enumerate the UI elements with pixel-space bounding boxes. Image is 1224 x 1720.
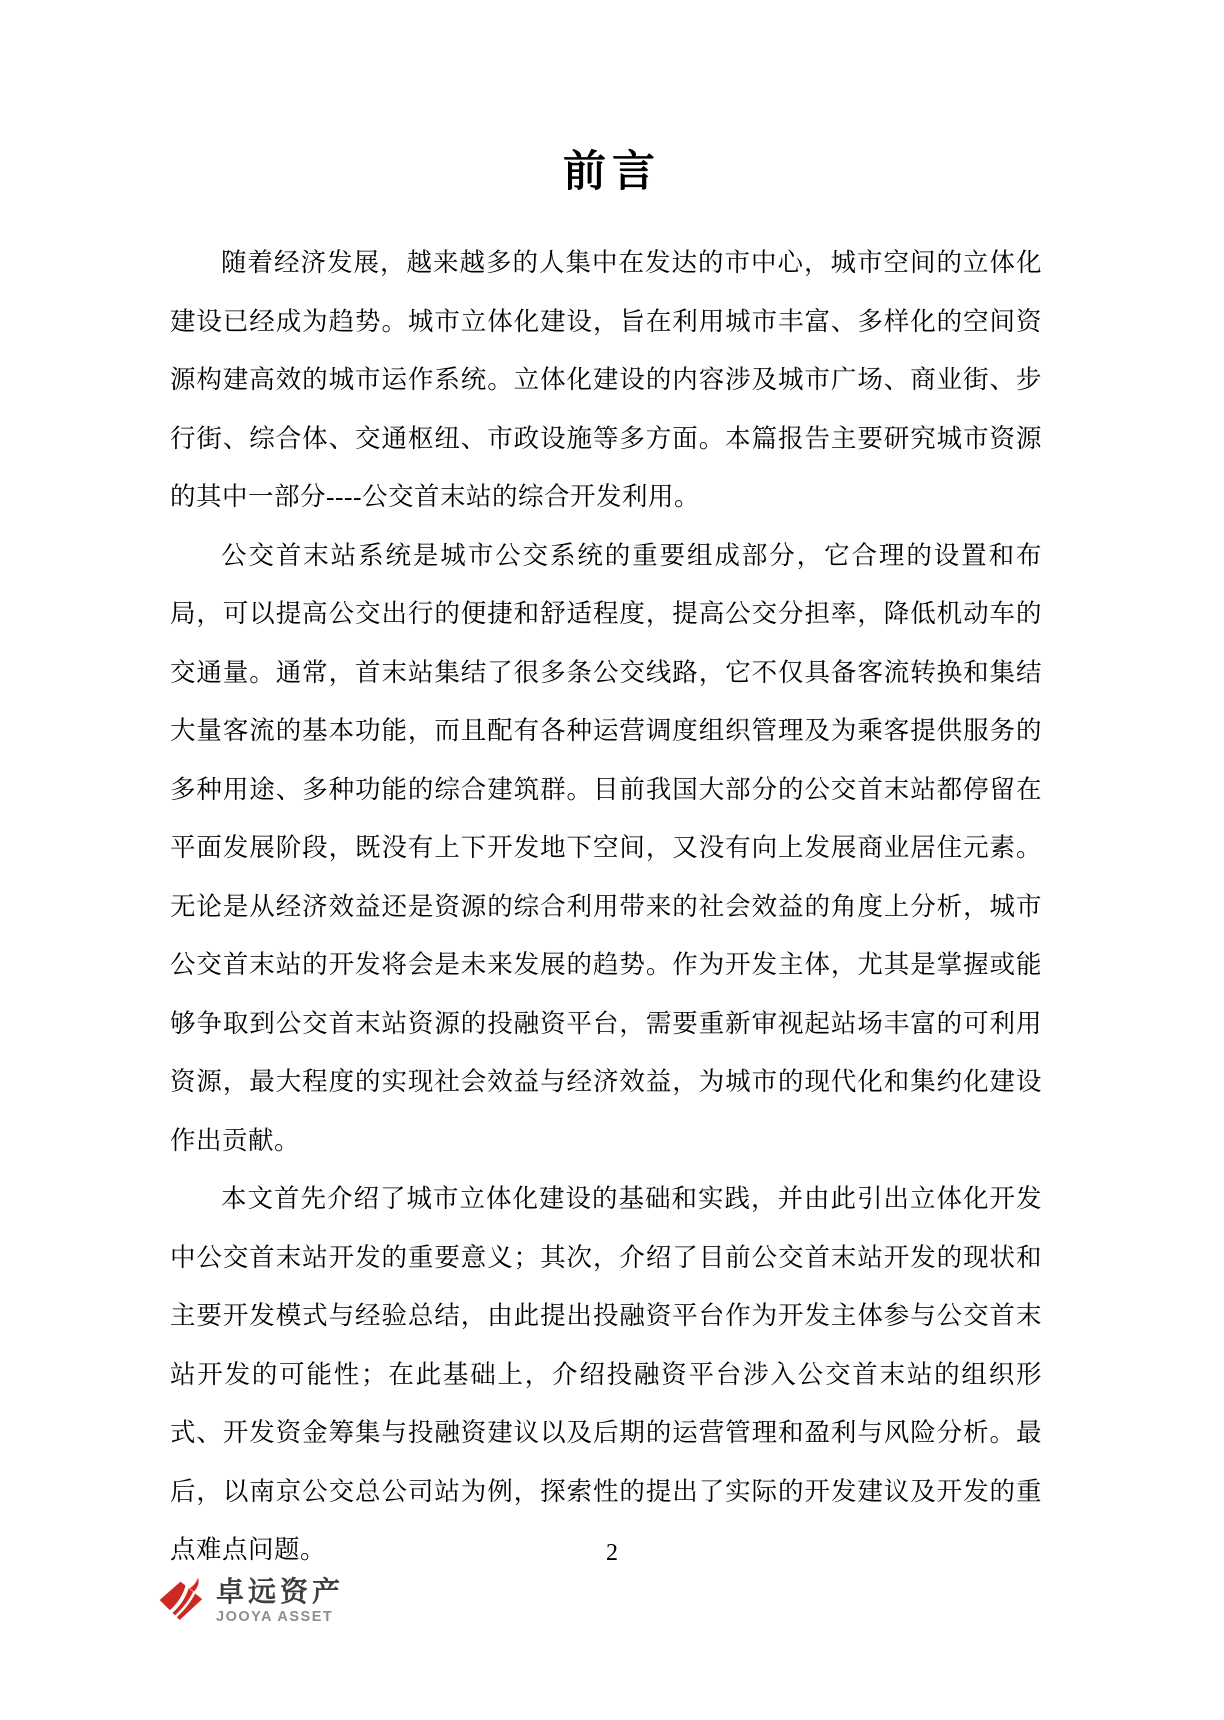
page-number: 2 [0,1540,1224,1567]
paragraph: 随着经济发展，越来越多的人集中在发达的市中心，城市空间的立体化建设已经成为趋势。… [170,234,1042,527]
logo-name-en: JOOYA ASSET [216,1610,344,1625]
logo-text: 卓远资产 JOOYA ASSET [216,1576,344,1625]
document-body: 随着经济发展，越来越多的人集中在发达的市中心，城市空间的立体化建设已经成为趋势。… [170,234,1042,1580]
paragraph: 本文首先介绍了城市立体化建设的基础和实践，并由此引出立体化开发中公交首末站开发的… [170,1170,1042,1580]
company-logo: 卓远资产 JOOYA ASSET [158,1576,344,1625]
document-page: 前言 随着经济发展，越来越多的人集中在发达的市中心，城市空间的立体化建设已经成为… [0,0,1224,1720]
red-diamond-logo-icon [158,1576,208,1624]
paragraph: 公交首末站系统是城市公交系统的重要组成部分，它合理的设置和布局，可以提高公交出行… [170,527,1042,1171]
page-title: 前言 [0,138,1224,199]
logo-name-cn: 卓远资产 [216,1578,344,1606]
